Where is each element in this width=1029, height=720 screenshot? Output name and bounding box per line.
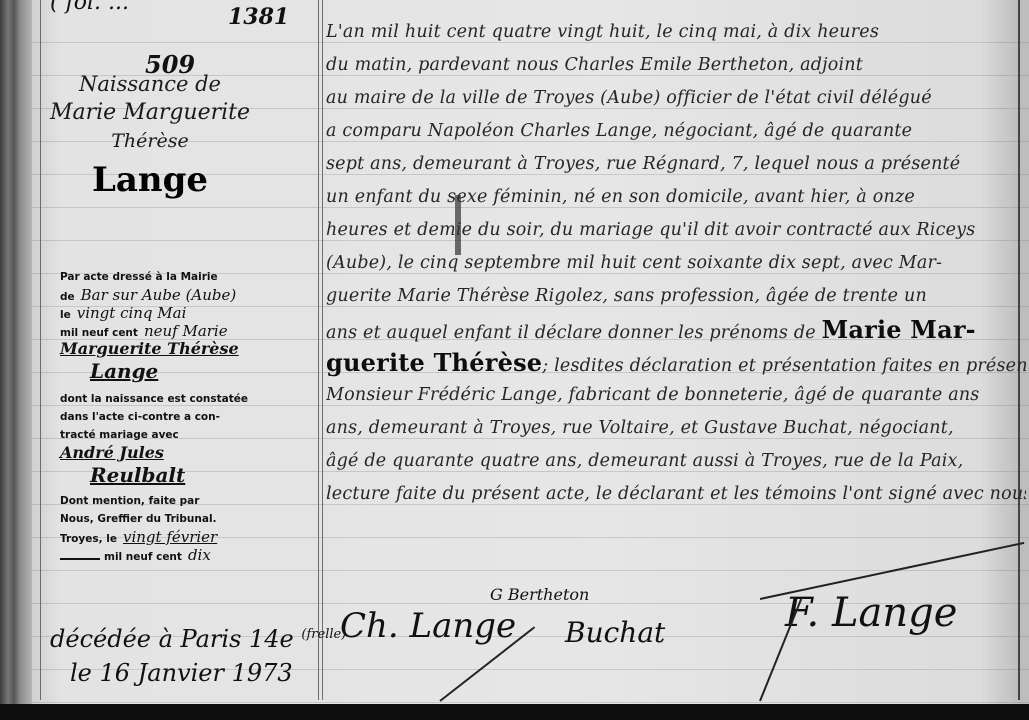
body-line-text: (Aube), le cinq septembre mil huit cent … (326, 253, 942, 273)
marriage-mention-stamp: Par acte dressé à la Mairie deBar sur Au… (60, 270, 290, 566)
stamp-printed-text: Troyes, le (60, 533, 117, 545)
body-line: (Aube), le cinq septembre mil huit cent … (326, 247, 1026, 280)
stamp-handwritten-text: vingt février (123, 528, 217, 546)
stamp-printed-text: mil neuf cent (104, 551, 182, 563)
body-line-text: ans et auquel enfant il déclare donner l… (326, 323, 816, 343)
margin-title-naissance: Naissance de (0, 72, 300, 96)
body-line-text: ans, demeurant à Troyes, rue Voltaire, e… (326, 418, 954, 438)
header-fragment: ( fol. ... (50, 0, 129, 15)
stamp-line: Reulbalt (60, 468, 290, 494)
margin-title-third-name: Thérèse (0, 130, 300, 152)
body-line: lecture faite du présent acte, le déclar… (326, 478, 1026, 511)
stamp-line: Troyes, levingt février (60, 530, 290, 548)
body-line: Monsieur Frédéric Lange, fabricant de bo… (326, 379, 1026, 412)
body-line-text: a comparu Napoléon Charles Lange, négoci… (326, 121, 912, 141)
margin-title-surname: Lange (0, 160, 300, 200)
stamp-line: Dont mention, faite par (60, 494, 290, 512)
act-body-text: L'an mil huit cent quatre vingt huit, le… (326, 16, 1026, 511)
signature-f-lange: F. Lange (785, 590, 957, 636)
header-year-marker: 1381 (228, 4, 289, 30)
signature-buchat: Buchat (565, 616, 665, 649)
stamp-printed-text: mil neuf cent (60, 327, 138, 339)
margin-title-given-names: Marie Marguerite (0, 100, 300, 125)
stamp-line: Lange (60, 364, 290, 392)
margin-rule-right (318, 0, 319, 700)
child-given-names-bold: Marie Mar- (822, 315, 976, 344)
death-annotation-line-2: le 16 Janvier 1973 (50, 656, 346, 690)
body-line: du matin, pardevant nous Charles Emile B… (326, 49, 1026, 82)
ink-blot (455, 195, 461, 255)
body-line: sept ans, demeurant à Troyes, rue Régnar… (326, 148, 1026, 181)
body-line-text: guerite Marie Thérèse Rigolez, sans prof… (326, 286, 927, 306)
body-line-text: Monsieur Frédéric Lange, fabricant de bo… (326, 385, 979, 405)
stamp-printed-text: de (60, 291, 75, 303)
child-given-names-bold-cont: guerite Thérèse (326, 348, 542, 377)
body-line: guerite Thérèse; lesdites déclaration et… (326, 346, 1026, 379)
stamp-line: dont la naissance est constatée (60, 392, 290, 410)
stamp-printed-text: Dont mention, faite par (60, 495, 199, 507)
stamp-handwritten-text: Marguerite Thérèse (60, 339, 239, 358)
death-place: décédée à Paris 14e (50, 625, 294, 653)
register-page: ( fol. ... 1381 509 Naissance de Marie M… (0, 0, 1029, 712)
signature-ch-lange: Ch. Lange (340, 606, 516, 646)
death-annotation: décédée à Paris 14e (frelle) le 16 Janvi… (50, 618, 346, 690)
stamp-handwritten-text: dix (188, 546, 211, 564)
stamp-printed-text: Nous, Greffier du Tribunal. (60, 513, 217, 525)
stamp-handwritten-spouse-name: André Jules (60, 443, 164, 462)
body-line: au maire de la ville de Troyes (Aube) of… (326, 82, 1026, 115)
stamp-handwritten-text: neuf Marie (144, 322, 228, 340)
signature-bertheton: G Bertheton (490, 585, 589, 604)
stamp-printed-text: dont la naissance est constatée (60, 393, 248, 405)
stamp-handwritten-text: vingt cinq Mai (77, 304, 187, 322)
body-line-text: sept ans, demeurant à Troyes, rue Régnar… (326, 154, 960, 174)
stamp-printed-text: tracté mariage avec (60, 429, 179, 441)
body-line: âgé de quarante quatre ans, demeurant au… (326, 445, 1026, 478)
page-bottom-shadow (0, 704, 1029, 720)
stamp-printed-text: le (60, 309, 71, 321)
stamp-handwritten-surname: Lange (90, 359, 158, 383)
body-line: guerite Marie Thérèse Rigolez, sans prof… (326, 280, 1026, 313)
body-line-text: L'an mil huit cent quatre vingt huit, le… (326, 22, 879, 42)
body-line-text: âgé de quarante quatre ans, demeurant au… (326, 451, 963, 471)
body-line-text: au maire de la ville de Troyes (Aube) of… (326, 88, 932, 108)
body-line: ans et auquel enfant il déclare donner l… (326, 313, 1026, 346)
stamp-handwritten-spouse-surname: Reulbalt (90, 463, 185, 487)
body-line: ans, demeurant à Troyes, rue Voltaire, e… (326, 412, 1026, 445)
stamp-printed-text: dans l'acte ci-contre a con- (60, 411, 220, 423)
stamp-handwritten-text: Bar sur Aube (Aube) (81, 286, 237, 304)
body-line-text: un enfant du sexe féminin, né en son dom… (326, 187, 915, 207)
body-line: a comparu Napoléon Charles Lange, négoci… (326, 115, 1026, 148)
margin-rule-right-double (322, 0, 323, 700)
body-line-text: du matin, pardevant nous Charles Emile B… (326, 55, 863, 75)
body-line: L'an mil huit cent quatre vingt huit, le… (326, 16, 1026, 49)
body-line: un enfant du sexe féminin, né en son dom… (326, 181, 1026, 214)
death-annotation-line-1: décédée à Paris 14e (frelle) (50, 618, 346, 656)
body-line-text: lecture faite du présent acte, le déclar… (326, 484, 1026, 504)
stamp-line: mil neuf centdix (60, 548, 290, 566)
body-line-text: heures et demie du soir, du mariage qu'i… (326, 220, 975, 240)
stamp-printed-text: Par acte dressé à la Mairie (60, 271, 218, 283)
body-line: heures et demie du soir, du mariage qu'i… (326, 214, 1026, 247)
stamp-line: dans l'acte ci-contre a con- (60, 410, 290, 428)
body-line-text: ; lesdites déclaration et présentation f… (542, 356, 1026, 376)
